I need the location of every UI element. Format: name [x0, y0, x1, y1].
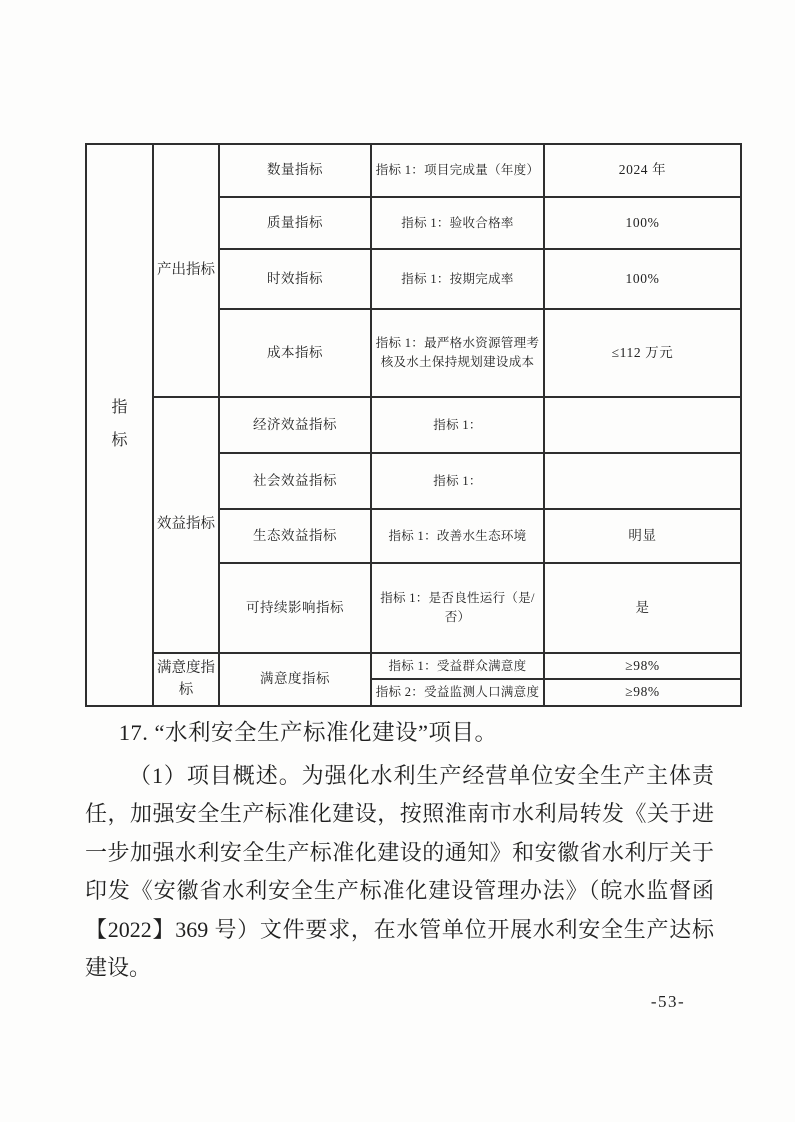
indicator-type-cell: 数量指标: [219, 144, 371, 197]
indicator-type-cell: 经济效益指标: [219, 397, 371, 453]
group-label-cell-satisfaction: 满意度指标: [153, 653, 219, 706]
indicator-detail-cell: 指标 1：最严格水资源管理考核及水土保持规划建设成本: [371, 309, 544, 397]
section-heading-17: 17. “水利安全生产标准化建设”项目。: [85, 716, 715, 750]
paragraph-line: 建设。: [85, 949, 714, 987]
paragraph-line: （1）项目概述。为强化水利生产经营单位安全生产主体责: [85, 757, 714, 795]
indicator-value-cell: 是: [544, 563, 741, 653]
indicator-value-cell: 明显: [544, 509, 741, 563]
indicator-value-cell: ≥98%: [544, 653, 741, 679]
indicator-value-cell: 100%: [544, 249, 741, 309]
indicator-detail-cell: 指标 1：按期完成率: [371, 249, 544, 309]
group-label-cell-benefit: 效益指标: [153, 397, 219, 653]
indicator-value-cell: 100%: [544, 197, 741, 249]
document-page: 指标 产出指标 数量指标 指标 1：项目完成量（年度） 2024 年 质量指标 …: [0, 0, 795, 1122]
page-number: -53-: [638, 992, 698, 1012]
indicator-type-cell: 时效指标: [219, 249, 371, 309]
indicator-detail-cell: 指标 2：受益监测人口满意度: [371, 679, 544, 706]
indicator-detail-cell: 指标 1：验收合格率: [371, 197, 544, 249]
paragraph-project-overview: （1）项目概述。为强化水利生产经营单位安全生产主体责 任，加强安全生产标准化建设…: [85, 757, 714, 987]
indicator-type-cell: 生态效益指标: [219, 509, 371, 563]
indicator-value-cell: [544, 453, 741, 509]
table-row: 效益指标 经济效益指标 指标 1：: [86, 397, 741, 453]
indicator-value-cell: 2024 年: [544, 144, 741, 197]
indicator-value-cell: [544, 397, 741, 453]
table-row: 指标 产出指标 数量指标 指标 1：项目完成量（年度） 2024 年: [86, 144, 741, 197]
indicator-type-cell: 成本指标: [219, 309, 371, 397]
indicator-type-cell: 可持续影响指标: [219, 563, 371, 653]
root-indicator-label-cell: 指标: [86, 144, 153, 706]
paragraph-line: 一步加强水利安全生产标准化建设的通知》和安徽省水利厅关于: [85, 834, 714, 872]
indicator-detail-cell: 指标 1：是否良性运行（是/否）: [371, 563, 544, 653]
performance-indicators-table: 指标 产出指标 数量指标 指标 1：项目完成量（年度） 2024 年 质量指标 …: [85, 143, 742, 707]
paragraph-line: 印发《安徽省水利安全生产标准化建设管理办法》（皖水监督函: [85, 872, 714, 910]
paragraph-line: 【2022】369 号）文件要求，在水管单位开展水利安全生产达标: [85, 911, 714, 949]
root-indicator-label: 指标: [112, 392, 128, 458]
indicator-type-cell: 社会效益指标: [219, 453, 371, 509]
indicator-detail-cell: 指标 1：项目完成量（年度）: [371, 144, 544, 197]
indicator-detail-cell: 指标 1：改善水生态环境: [371, 509, 544, 563]
indicator-detail-cell: 指标 1：受益群众满意度: [371, 653, 544, 679]
indicator-value-cell: ≤112 万元: [544, 309, 741, 397]
group-label-cell-output: 产出指标: [153, 144, 219, 397]
table-row: 满意度指标 满意度指标 指标 1：受益群众满意度 ≥98%: [86, 653, 741, 679]
paragraph-line: 任，加强安全生产标准化建设，按照淮南市水利局转发《关于进: [85, 795, 714, 833]
indicator-value-cell: ≥98%: [544, 679, 741, 706]
indicator-detail-cell: 指标 1：: [371, 397, 544, 453]
indicator-type-cell: 质量指标: [219, 197, 371, 249]
indicator-detail-cell: 指标 1：: [371, 453, 544, 509]
indicator-type-cell: 满意度指标: [219, 653, 371, 706]
